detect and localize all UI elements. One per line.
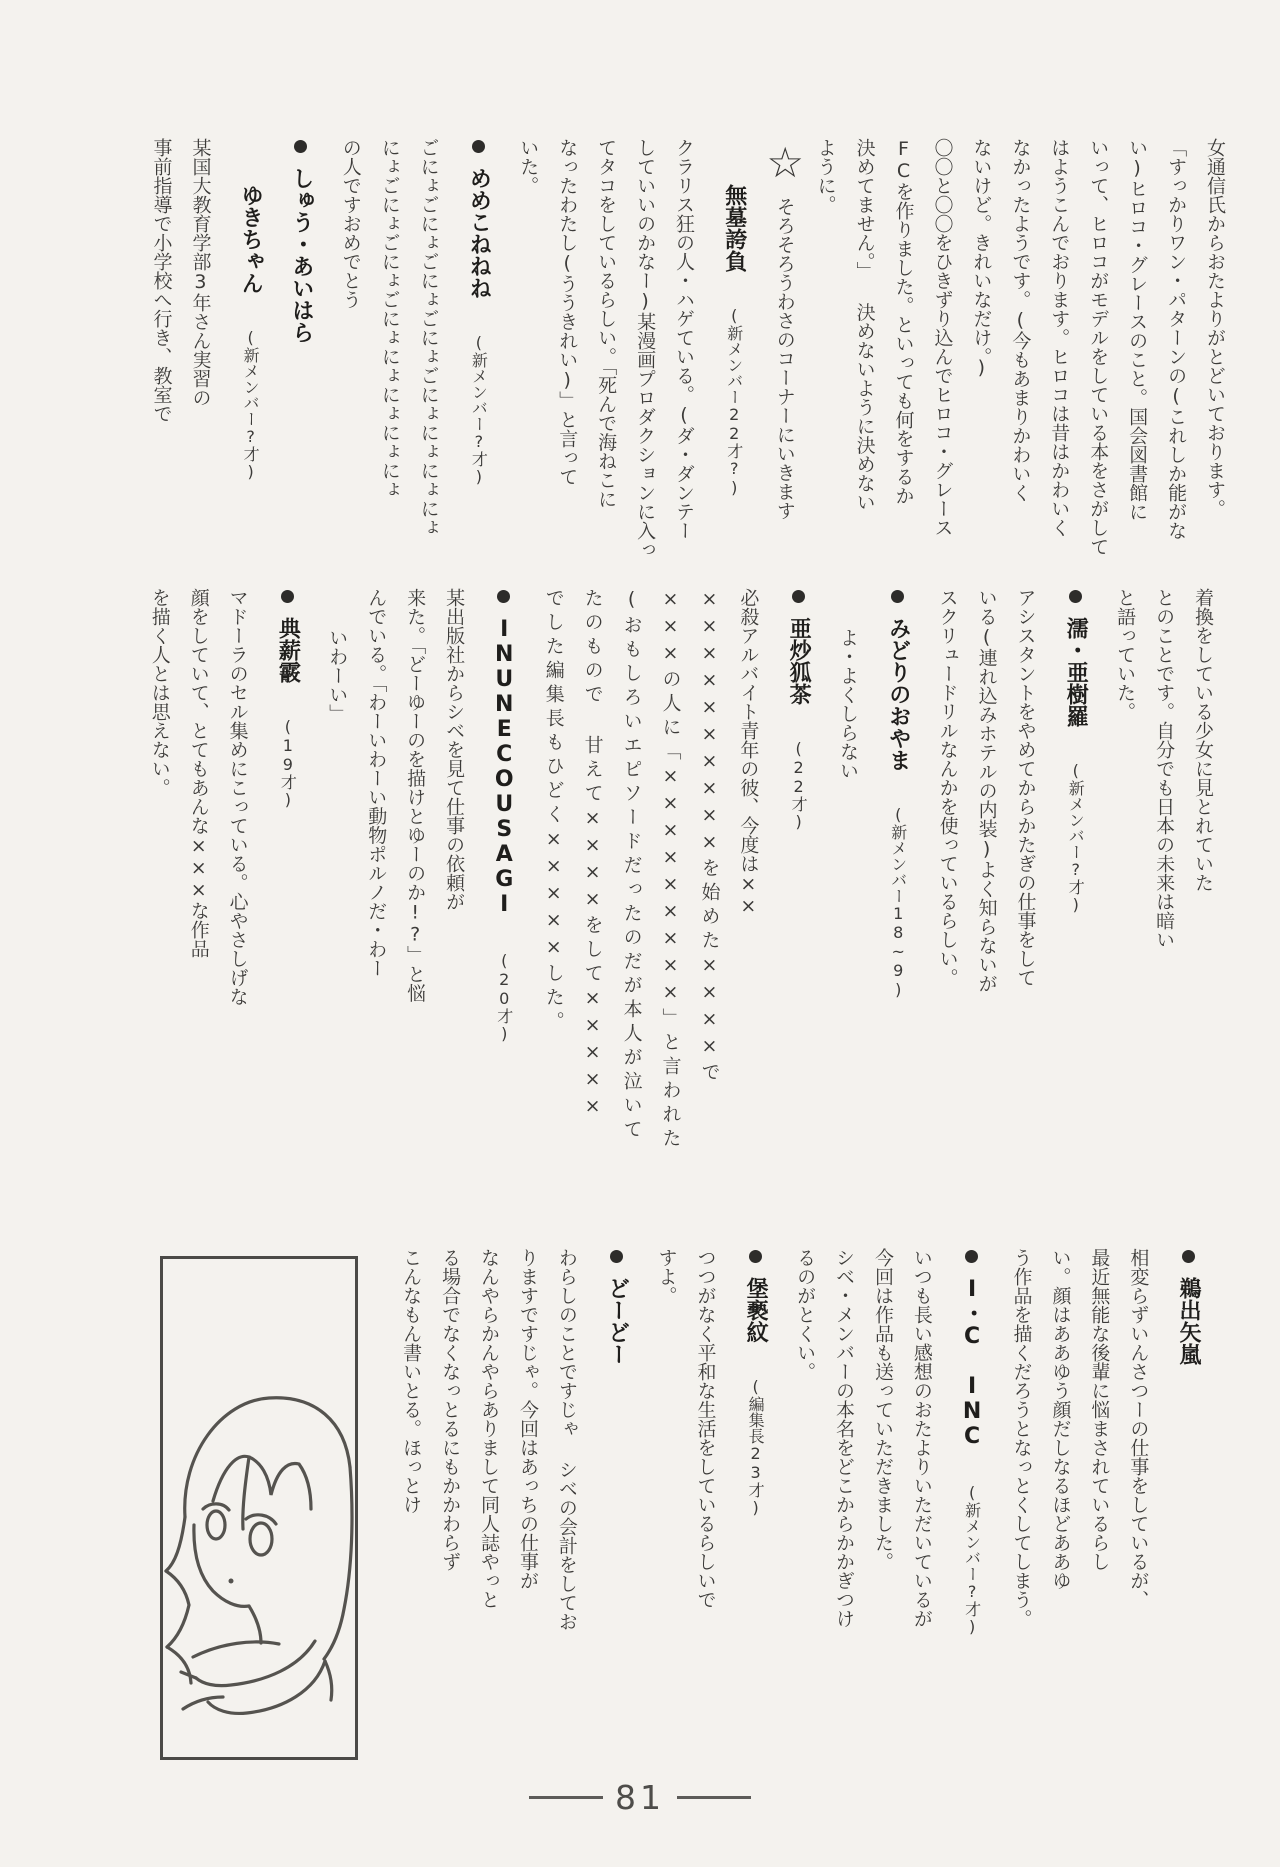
member-meta: (22才): [789, 739, 808, 831]
text-column: すよ。: [647, 1248, 686, 1726]
text-column: る場合でなくなっとるにもかかわらず: [430, 1248, 469, 1726]
text-column: う作品を描くだろうとなっとくしてしまう。: [1002, 1248, 1041, 1726]
text-column: いわーい」: [317, 588, 356, 1256]
text-column: こんなもん書いとる。ほっとけ: [391, 1248, 430, 1726]
text-column: と語っていた。: [1105, 588, 1144, 1256]
member-entry: 無墓誇負(新メンバー22才?): [713, 138, 754, 590]
text-column: い。顔はああゆう顔だしなるほどああゆ: [1041, 1248, 1080, 1726]
text-column: でした編集長もひどく×××××した。: [534, 588, 573, 1256]
member-name: 無墓誇負: [722, 184, 747, 272]
member-entry: I・C INC(新メンバー?才): [951, 1248, 992, 1726]
member-name: どーどー: [605, 1277, 630, 1365]
bullet-icon: [1182, 1250, 1195, 1263]
text-column: ないけど。きれいなだけ。): [961, 138, 1000, 590]
member-name: 鵜出矢嵐: [1176, 1277, 1201, 1365]
member-entry: めめこねねね(新メンバー?才): [458, 138, 499, 590]
text-column: 女通信氏からおたよりがとどいております。: [1195, 138, 1234, 590]
text-column: 某国大教育学部3年さん実習の: [181, 138, 220, 590]
text-column: 「すっかりワン・パターンの(これしか能がな: [1156, 138, 1195, 590]
member-meta: (編集長23才): [746, 1377, 765, 1517]
member-entry: INUNECOUSAGI(20才): [483, 588, 524, 1256]
text-column: マドーラのセル集めにこっている。心やさしげな: [218, 588, 257, 1256]
text-column: 事前指導で小学校へ行き、教室で: [142, 138, 181, 590]
text-column: 相変らずいんさつーの仕事をしているが、: [1118, 1248, 1157, 1726]
bullet-icon: [497, 590, 510, 603]
text-column: (おもしろいエピソードだったのだが本人が泣いて: [612, 588, 651, 1256]
bullet-icon: [891, 590, 904, 603]
text-band-2: 着換をしている少女に見とれていた とのことです。自分でも日本の未来は暗い と語っ…: [140, 588, 1222, 1256]
member-meta: (新メンバー?才): [469, 333, 488, 486]
member-meta: (新メンバー22才?): [725, 306, 744, 497]
member-entry: 鵜出矢嵐: [1167, 1248, 1208, 1726]
text-column: とのことです。自分でも日本の未来は暗い: [1144, 588, 1183, 1256]
member-entry: 堡褻紋(編集長23才): [734, 1248, 775, 1726]
bullet-icon: [1069, 590, 1082, 603]
text-column: ように。: [806, 138, 845, 590]
page-number: 81: [615, 1778, 665, 1817]
text-column: たのもので 甘えて××××をして×××××: [573, 588, 612, 1256]
text-column: 顔をしていて、とてもあんな×××な作品: [179, 588, 218, 1256]
scanned-doujinshi-page: 女通信氏からおたよりがとどいております。 「すっかりワン・パターンの(これしか能…: [0, 0, 1280, 1867]
page-number-dash: [529, 1796, 603, 1799]
member-name: 典薪霰: [275, 617, 300, 683]
text-column: していいのかなー)某漫画プロダクションに入っ: [625, 138, 664, 590]
text-column: てタコをしているらしい。「死んで海ねこに: [586, 138, 625, 590]
text-column: スクリュードリルなんかを使っているらしい。: [928, 588, 967, 1256]
text-column: を描く人とは思えない。: [140, 588, 179, 1256]
text-column: にょごにょごにょごにょにょにょにょにょ: [370, 138, 409, 590]
text-column: りますですじゃ。今回はあっちの仕事が: [508, 1248, 547, 1726]
text-column: 今回は作品も送っていただきました。: [863, 1248, 902, 1726]
text-column: いる(連れ込みホテルの内装)よく知らないが: [967, 588, 1006, 1256]
rumor-corner-intro: ☆そろそろうわさのコーナーにいきます: [764, 138, 806, 590]
text-column: るのがとくい。: [785, 1248, 824, 1726]
text-column: つつがなく平和な生活をしているらしいで: [686, 1248, 725, 1726]
text-column: 〇〇と〇〇をひきずり込んでヒロコ・グレース: [923, 138, 962, 590]
star-icon: ☆: [761, 138, 810, 187]
member-entry: 典薪霰(19才): [267, 588, 308, 1256]
text-column: シベ・メンバーの本名をどこからかかぎつけ: [824, 1248, 863, 1726]
text-band-1: 女通信氏からおたよりがとどいております。 「すっかりワン・パターンの(これしか能…: [142, 138, 1234, 590]
member-entry: どーどー: [596, 1248, 637, 1726]
text-column: 来た。「どーゆーのを描けとゆーのか!?」と悩: [395, 588, 434, 1256]
text-column: よ・よくしらない: [828, 588, 867, 1256]
member-meta: (20才): [495, 951, 514, 1043]
member-name: しゅう・あいはら: [289, 167, 314, 343]
text-column: なんやらかんやらありまして同人誌やっと: [469, 1248, 508, 1726]
text-column: ××××××××××を始めた××××で: [690, 588, 729, 1256]
bullet-icon: [965, 1250, 978, 1263]
member-name: INUNECOUSAGI: [492, 617, 517, 917]
text-column: クラリス狂の人・ハゲている。(ダ・ダンテー: [664, 138, 703, 590]
text-band-3: 鵜出矢嵐 相変らずいんさつーの仕事をしているが、 最近無能な後輩に悩まされている…: [391, 1248, 1218, 1726]
member-entry: 濡・亜樹羅(新メンバー?才): [1055, 588, 1096, 1256]
text-column: 必殺アルバイト青年の彼、今度は××: [728, 588, 767, 1256]
text-column: 着換をしている少女に見とれていた: [1183, 588, 1222, 1256]
bullet-icon: [792, 590, 805, 603]
text-column: い)ヒロコ・グレースのこと。国会図書館に: [1117, 138, 1156, 590]
text-column: そろそろうわさのコーナーにいきます: [774, 197, 796, 520]
bullet-icon: [749, 1250, 762, 1263]
text-column: の人ですおめでとう: [331, 138, 370, 590]
member-name: 亜炒狐茶: [786, 617, 811, 705]
member-name: I・C INC: [960, 1277, 985, 1449]
girl-illustration: [160, 1256, 358, 1760]
bullet-icon: [281, 590, 294, 603]
member-name: めめこねねね: [466, 167, 491, 299]
member-meta: (新メンバー?才): [1066, 761, 1085, 914]
member-meta: (新メンバー?才): [963, 1483, 982, 1636]
text-column: 最近無能な後輩に悩まされているらし: [1079, 1248, 1118, 1726]
member-name: 濡・亜樹羅: [1063, 617, 1088, 727]
member-entry: ゆきちゃん(新メンバー?才): [229, 138, 270, 590]
text-column: アシスタントをやめてからかたぎの仕事をして: [1006, 588, 1045, 1256]
bullet-icon: [610, 1250, 623, 1263]
bullet-icon: [294, 140, 307, 153]
page-number-dash: [677, 1796, 751, 1799]
member-entry: 亜炒狐茶(22才): [777, 588, 818, 1256]
member-name: みどりのおやま: [886, 617, 911, 771]
page-footer: 81: [0, 1778, 1280, 1817]
member-name: 堡褻紋: [743, 1277, 768, 1343]
member-meta: (19才): [278, 717, 297, 809]
text-column: いって、ヒロコがモデルをしている本をさがして: [1078, 138, 1117, 590]
text-column: いつも長い感想のおたよりいただいているが: [902, 1248, 941, 1726]
text-column: FCを作りました。といっても何をするか: [884, 138, 923, 590]
text-column: 決めてません。」 決めないように決めない: [845, 138, 884, 590]
bullet-icon: [472, 140, 485, 153]
text-column: はようこんでおります。ヒロコは昔はかわいく: [1039, 138, 1078, 590]
text-column: んでいる。「わーいわーい動物ポルノだ・わー: [356, 588, 395, 1256]
text-column: なかったようです。(今もあまりかわいく: [1000, 138, 1039, 590]
text-column: ×××の人に「×××××××××」と言われた: [651, 588, 690, 1256]
member-entry: みどりのおやま(新メンバー18~9): [877, 588, 918, 1256]
text-column: ごにょごにょごにょごにょごにょにょにょにょ: [409, 138, 448, 590]
text-column: わらしのことですじゃ シベの会計をしてお: [547, 1248, 586, 1726]
member-meta: (新メンバー18~9): [889, 805, 908, 999]
member-name: ゆきちゃん: [238, 184, 263, 294]
text-column: 某出版社からシベを見て仕事の依頼が: [434, 588, 473, 1256]
text-column: いた。: [508, 138, 547, 590]
member-meta: (新メンバー?才): [241, 328, 260, 481]
text-column: なったわたし(ううきれい)」と言って: [547, 138, 586, 590]
member-entry: しゅう・あいはら: [280, 138, 321, 590]
girl-line-drawing: [163, 1259, 355, 1757]
